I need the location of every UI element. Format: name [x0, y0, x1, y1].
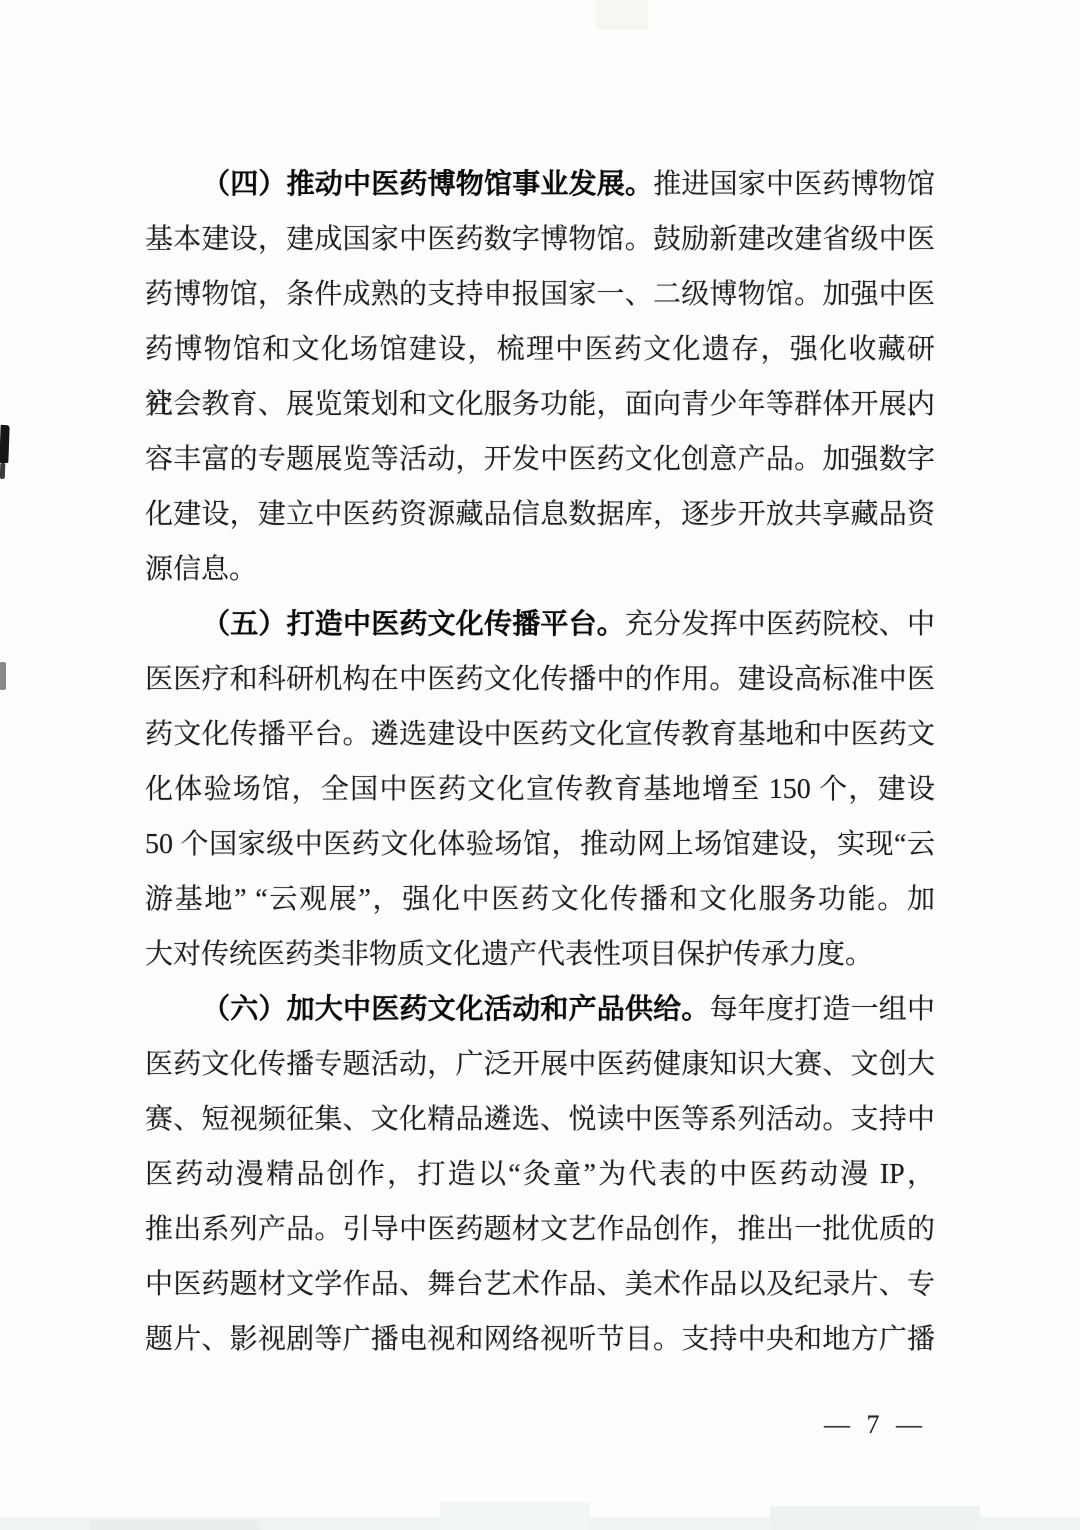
body-line: 社会教育、展览策划和文化服务功能，面向青少年等群体开展内 [145, 377, 935, 432]
scanned-document-page: （四）推动中医药博物馆事业发展。推进国家中医药博物馆 基本建设，建成国家中医药数… [0, 0, 1080, 1530]
section-4-heading-line: （四）推动中医药博物馆事业发展。推进国家中医药博物馆 [145, 157, 935, 212]
body-line: 推出系列产品。引导中医药题材文艺作品创作，推出一批优质的 [145, 1202, 935, 1257]
body-line: 基本建设，建成国家中医药数字博物馆。鼓励新建改建省级中医 [145, 212, 935, 267]
body-line: 医医疗和科研机构在中医药文化传播中的作用。建设高标准中医 [145, 652, 935, 707]
body-line: 50 个国家级中医药文化体验场馆，推动网上场馆建设，实现“云 [145, 817, 935, 872]
body-line: 游基地” “云观展”，强化中医药文化传播和文化服务功能。加 [145, 872, 935, 927]
body-text: 每年度打造一组中 [710, 994, 935, 1025]
page-number: — 7 — [824, 1410, 927, 1440]
body-line: 药博物馆，条件成熟的支持申报国家一、二级博物馆。加强中医 [145, 267, 935, 322]
section-6-heading: （六）加大中医药文化活动和产品供给。 [202, 994, 710, 1025]
body-text: 充分发挥中医药院校、中 [625, 609, 935, 640]
section-5-heading-line: （五）打造中医药文化传播平台。充分发挥中医药院校、中 [145, 597, 935, 652]
body-line: 赛、短视频征集、文化精品遴选、悦读中医等系列活动。支持中 [145, 1092, 935, 1147]
section-4-heading: （四）推动中医药博物馆事业发展。 [202, 169, 653, 200]
scan-artifact-patch [440, 1502, 590, 1530]
document-body: （四）推动中医药博物馆事业发展。推进国家中医药博物馆 基本建设，建成国家中医药数… [145, 157, 935, 1367]
body-line: 化建设，建立中医药资源藏品信息数据库，逐步开放共享藏品资 [145, 487, 935, 542]
body-line: 容丰富的专题展览等活动，开发中医药文化创意产品。加强数字 [145, 432, 935, 487]
body-line: 化体验场馆，全国中医药文化宣传教育基地增至 150 个，建设 [145, 762, 935, 817]
body-line: 中医药题材文学作品、舞台艺术作品、美术作品以及纪录片、专 [145, 1257, 935, 1312]
body-line: 医药文化传播专题活动，广泛开展中医药健康知识大赛、文创大 [145, 1037, 935, 1092]
ink-mark-left-small [0, 662, 6, 690]
body-line-paragraph-end: 源信息。 [145, 542, 935, 597]
body-line-paragraph-end: 大对传统医药类非物质文化遗产代表性项目保护传承力度。 [145, 927, 935, 982]
scan-artifact-patch [90, 1521, 260, 1530]
ink-smudge-left [0, 425, 10, 463]
body-line: 医药动漫精品创作，打造以“灸童”为代表的中医药动漫 IP， [145, 1147, 935, 1202]
body-line: 题片、影视剧等广播电视和网络视听节目。支持中央和地方广播 [145, 1312, 935, 1367]
section-5-heading: （五）打造中医药文化传播平台。 [202, 609, 625, 640]
scan-artifact-top [596, 0, 648, 30]
scan-artifact-patch [770, 1506, 980, 1530]
body-line: 药博物馆和文化场馆建设，梳理中医药文化遗存，强化收藏研究、 [145, 322, 935, 377]
scan-artifact-bottom-band [0, 1517, 1080, 1530]
body-text: 推进国家中医药博物馆 [653, 169, 935, 200]
body-line: 药文化传播平台。遴选建设中医药文化宣传教育基地和中医药文 [145, 707, 935, 762]
section-6-heading-line: （六）加大中医药文化活动和产品供给。每年度打造一组中 [145, 982, 935, 1037]
